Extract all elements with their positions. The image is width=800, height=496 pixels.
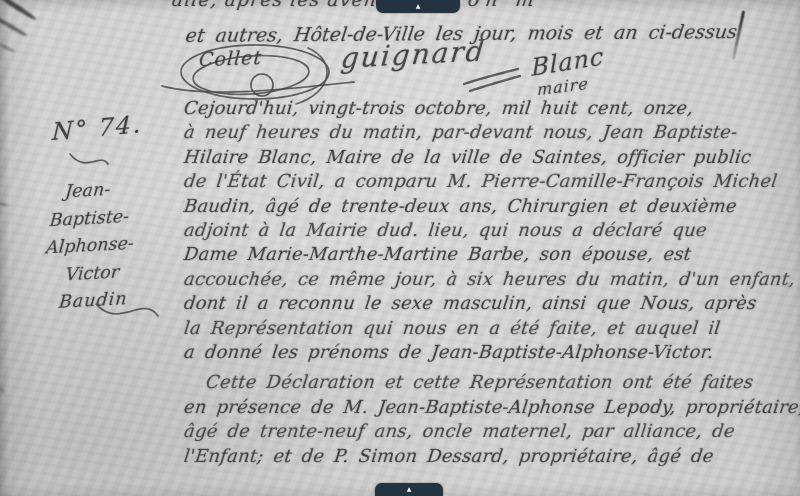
act-body-line: adjoint à la Mairie dud. lieu, qui nous …: [183, 219, 800, 243]
act-number-flourish-icon: [68, 150, 112, 174]
act-body-line: de l'État Civil, a comparu M. Pierre-Cam…: [183, 170, 800, 194]
chevron-up-icon: ▲: [416, 4, 421, 10]
margin-child-name: Jean- Baptiste- Alphonse- Victor Baudin: [40, 174, 177, 318]
act-body-line: accouchée, ce même jour, à six heures du…: [183, 268, 800, 292]
scan-edge-artifact: [0, 42, 16, 53]
document-scan: aile, après les avent on m et autres, Hô…: [0, 0, 800, 496]
signature-flourish-icon: [462, 64, 522, 94]
scan-edge-artifact: [0, 0, 37, 22]
act-body-line: la Représentation qui nous en a été fait…: [183, 317, 800, 341]
act-body-line: Cette Déclaration et cette Représentatio…: [205, 371, 800, 395]
chevron-up-icon: ▲: [407, 487, 412, 493]
toolbar-toggle-bottom-button[interactable]: ▲: [375, 483, 443, 496]
act-body-line: âgé de trente-neuf ans, oncle maternel, …: [183, 420, 800, 444]
toolbar-toggle-top-button[interactable]: ▲: [376, 0, 460, 13]
act-body-line: Cejourd'hui, vingt-trois octobre, mil hu…: [183, 97, 800, 121]
act-body-line: à neuf heures du matin, par-devant nous,…: [183, 121, 800, 145]
act-body-line: Baudin, âgé de trente-deux ans, Chirurgi…: [183, 195, 800, 219]
act-body-line: en présence de M. Jean-Baptiste-Alphonse…: [183, 396, 800, 420]
scan-edge-artifact: [0, 385, 6, 394]
margin-name-flourish-icon: [92, 298, 164, 330]
act-body-line: l'Enfant; et de P. Simon Dessard, propri…: [183, 445, 800, 469]
scan-edge-artifact: [0, 14, 28, 37]
act-body-line: dont il a reconnu le sexe masculin, ains…: [183, 292, 800, 316]
act-body-line: Dame Marie-Marthe-Martine Barbe, son épo…: [183, 243, 800, 267]
act-body-line: a donné les prénoms de Jean-Baptiste-Alp…: [183, 341, 800, 365]
signature-collet: Collet: [198, 47, 263, 71]
scan-edge-artifact: [0, 201, 9, 207]
margin-act-number: N° 74.: [52, 110, 143, 146]
act-body-text: Cejourd'hui, vingt-trois octobre, mil hu…: [184, 97, 798, 469]
previous-act-fragment: aile, après les avent: [171, 0, 387, 11]
act-body-line: Hilaire Blanc, Maire de la ville de Sain…: [183, 146, 800, 170]
image-viewer: aile, après les avent on m et autres, Hô…: [0, 0, 800, 496]
previous-act-fragment: on m: [467, 0, 541, 11]
